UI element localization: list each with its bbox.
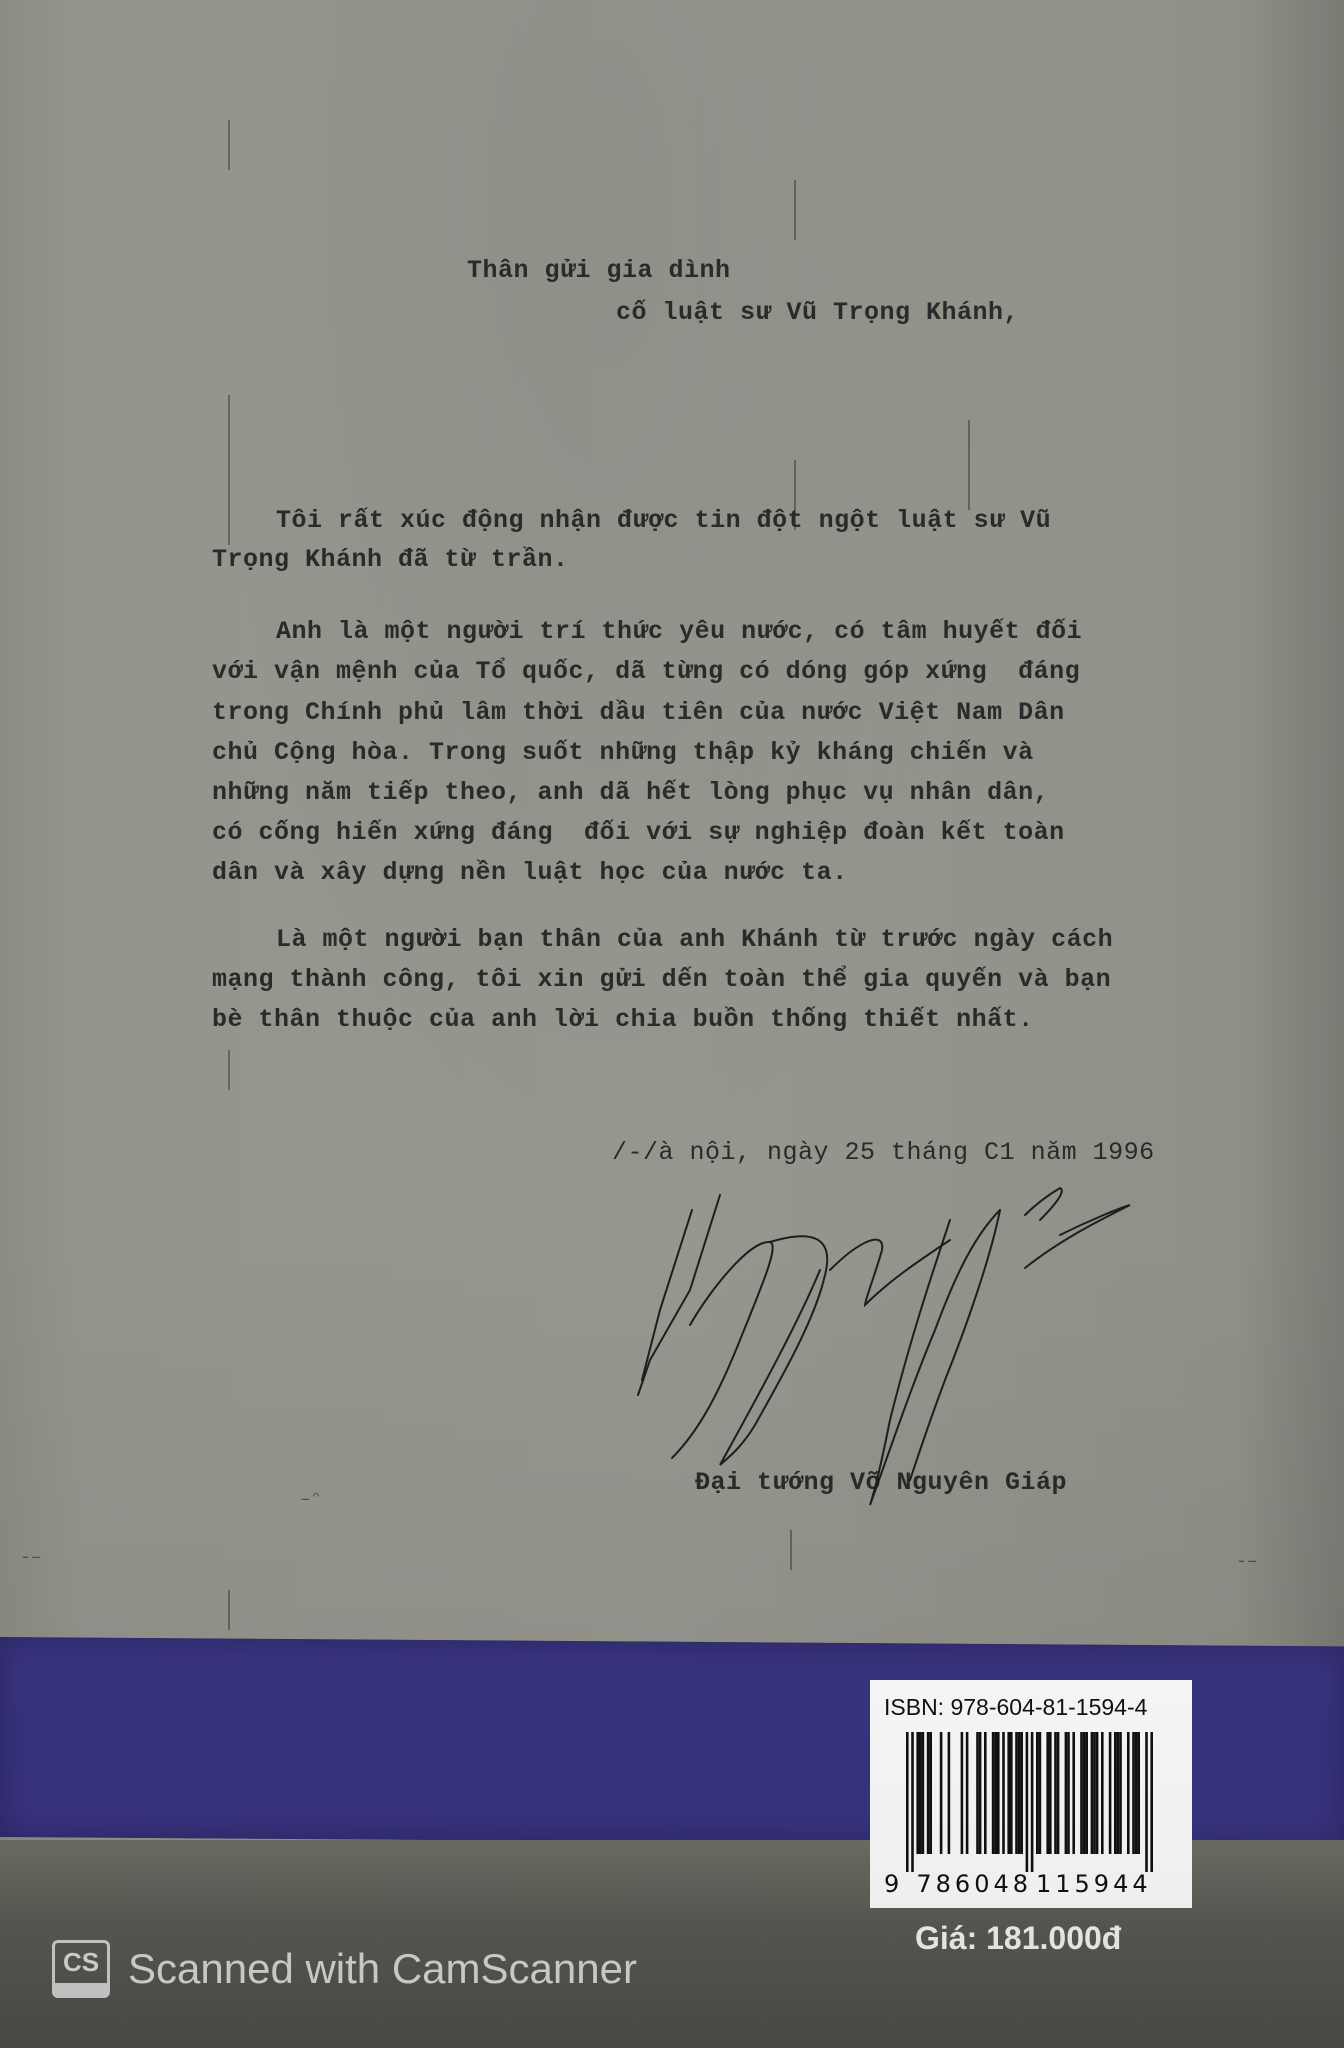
paragraph-line: có cống hiến xứng đáng đối với sự nghiệp… [212, 818, 1065, 847]
paper-speck: -– [20, 1548, 42, 1568]
paragraph-line: trong Chính phủ lâm thời dầu tiên của nư… [212, 698, 1065, 727]
svg-text:786048: 786048 [916, 1870, 1032, 1898]
svg-text:9: 9 [884, 1870, 903, 1898]
camscanner-watermark: CS Scanned with CamScanner [52, 1940, 637, 1998]
book-back-cover: Thân gửi gia dình cố luật sư Vũ Trọng Kh… [0, 0, 1344, 2048]
date-line: /-/à nội, ngày 25 tháng C1 năm 1996 [612, 1138, 1155, 1167]
paragraph-line: Trọng Khánh đã từ trần. [212, 545, 569, 574]
svg-text:115944: 115944 [1036, 1870, 1152, 1898]
watermark-text: Scanned with CamScanner [128, 1945, 637, 1993]
paragraph-line: Anh là một người trí thức yêu nước, có t… [276, 617, 1082, 646]
isbn-barcode-label: ISBN: 978-604-81-1594-4 9786048115944 [870, 1680, 1192, 1908]
paragraph-line: mạng thành công, tôi xin gửi dến toàn th… [212, 965, 1111, 994]
paragraph-line: chủ Cộng hòa. Trong suốt những thập kỷ k… [212, 738, 1034, 767]
paper-speck: –ᵔ [300, 1490, 322, 1510]
salutation-line: Thân gửi gia dình [467, 256, 731, 285]
camscanner-logo-icon: CS [52, 1940, 110, 1998]
salutation-line: cố luật sư Vũ Trọng Khánh, [616, 298, 1019, 327]
price-label: Giá: 181.000đ [915, 1920, 1121, 1957]
paragraph-line: dân và xây dựng nền luật học của nước ta… [212, 858, 848, 887]
paragraph-line: Tôi rất xúc động nhận được tin đột ngột … [276, 506, 1051, 535]
signature-icon [620, 1180, 1180, 1520]
paper-speck: -– [1236, 1552, 1258, 1572]
paragraph-line: bè thân thuộc của anh lời chia buồn thốn… [212, 1005, 1034, 1034]
paragraph-line: Là một người bạn thân của anh Khánh từ t… [276, 925, 1113, 954]
logo-text: CS [55, 1947, 107, 1978]
isbn-number: ISBN: 978-604-81-1594-4 [884, 1694, 1147, 1721]
paragraph-line: những năm tiếp theo, anh dã hết lòng phụ… [212, 778, 1049, 807]
paragraph-line: với vận mệnh của Tổ quốc, dã từng có dón… [212, 657, 1080, 686]
barcode-icon: 9786048115944 [884, 1732, 1180, 1904]
